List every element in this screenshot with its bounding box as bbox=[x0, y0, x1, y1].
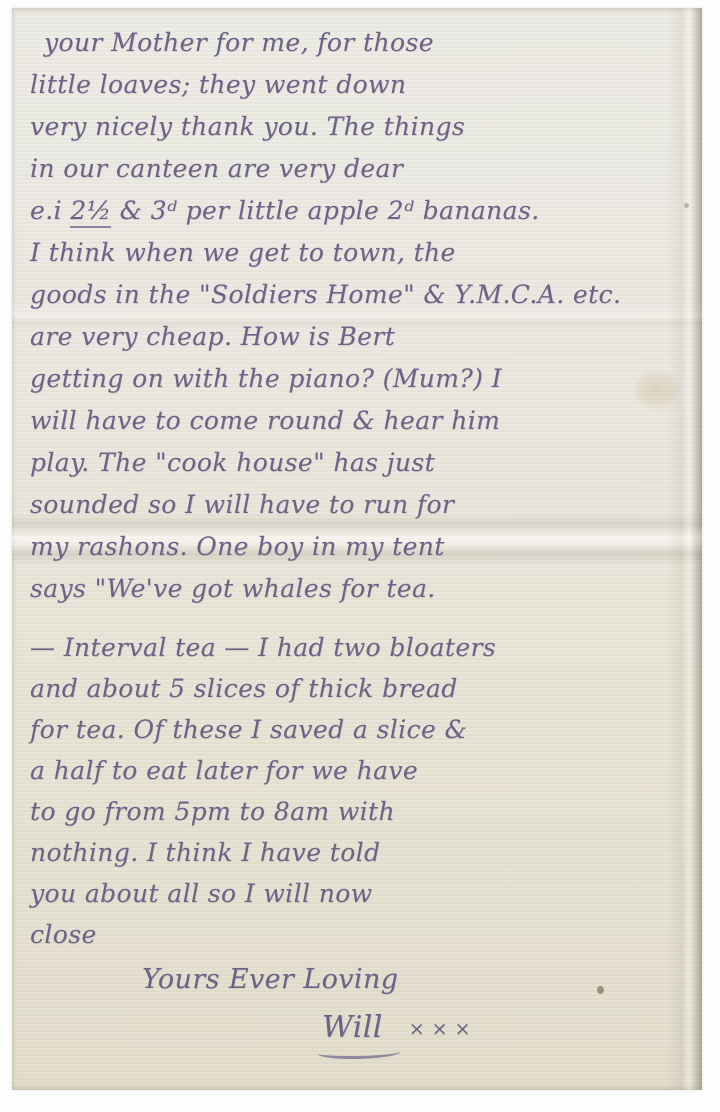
letter-line: — Interval tea — I had two bloaters bbox=[30, 627, 692, 668]
letter-page: your Mother for me, for those little loa… bbox=[12, 8, 702, 1090]
kisses: ××× bbox=[409, 1018, 478, 1040]
letter-line: your Mother for me, for those bbox=[30, 22, 692, 64]
letter-line: in our canteen are very dear bbox=[30, 148, 692, 190]
price-underlined: 2½ bbox=[70, 196, 111, 228]
signature: Will bbox=[318, 1003, 401, 1059]
letter-line: a half to eat later for we have bbox=[30, 750, 692, 791]
letter-line: close bbox=[30, 914, 692, 955]
letter-body: your Mother for me, for those little loa… bbox=[12, 8, 702, 1090]
price-rest: & 3ᵈ per little apple 2ᵈ bananas. bbox=[111, 196, 539, 225]
letter-line: goods in the "Soldiers Home" & Y.M.C.A. … bbox=[30, 274, 692, 316]
letter-line: getting on with the piano? (Mum?) I bbox=[30, 358, 692, 400]
letter-line: little loaves; they went down bbox=[30, 64, 692, 106]
letter-line: play. The "cook house" has just bbox=[30, 442, 692, 484]
letter-line-price: e.i 2½ & 3ᵈ per little apple 2ᵈ bananas. bbox=[30, 190, 692, 232]
letter-line: are very cheap. How is Bert bbox=[30, 316, 692, 358]
letter-line: and about 5 slices of thick bread bbox=[30, 668, 692, 709]
letter-closing: Yours Ever Loving bbox=[30, 957, 692, 1003]
letter-paragraph-interval-tea: — Interval tea — I had two bloaters and … bbox=[30, 627, 692, 955]
letter-line: my rashons. One boy in my tent bbox=[30, 526, 692, 568]
letter-line: says "We've got whales for tea. bbox=[30, 568, 692, 610]
letter-line: to go from 5pm to 8am with bbox=[30, 791, 692, 832]
letter-line: very nicely thank you. The things bbox=[30, 106, 692, 148]
signature-row: Will××× bbox=[30, 1003, 692, 1053]
letter-line: you about all so I will now bbox=[30, 873, 692, 914]
scan-background: your Mother for me, for those little loa… bbox=[0, 0, 720, 1112]
price-prefix: e.i bbox=[30, 196, 70, 225]
letter-line: for tea. Of these I saved a slice & bbox=[30, 709, 692, 750]
letter-line: nothing. I think I have told bbox=[30, 832, 692, 873]
letter-line: I think when we get to town, the bbox=[30, 232, 692, 274]
letter-line: sounded so I will have to run for bbox=[30, 484, 692, 526]
letter-line: will have to come round & hear him bbox=[30, 400, 692, 442]
